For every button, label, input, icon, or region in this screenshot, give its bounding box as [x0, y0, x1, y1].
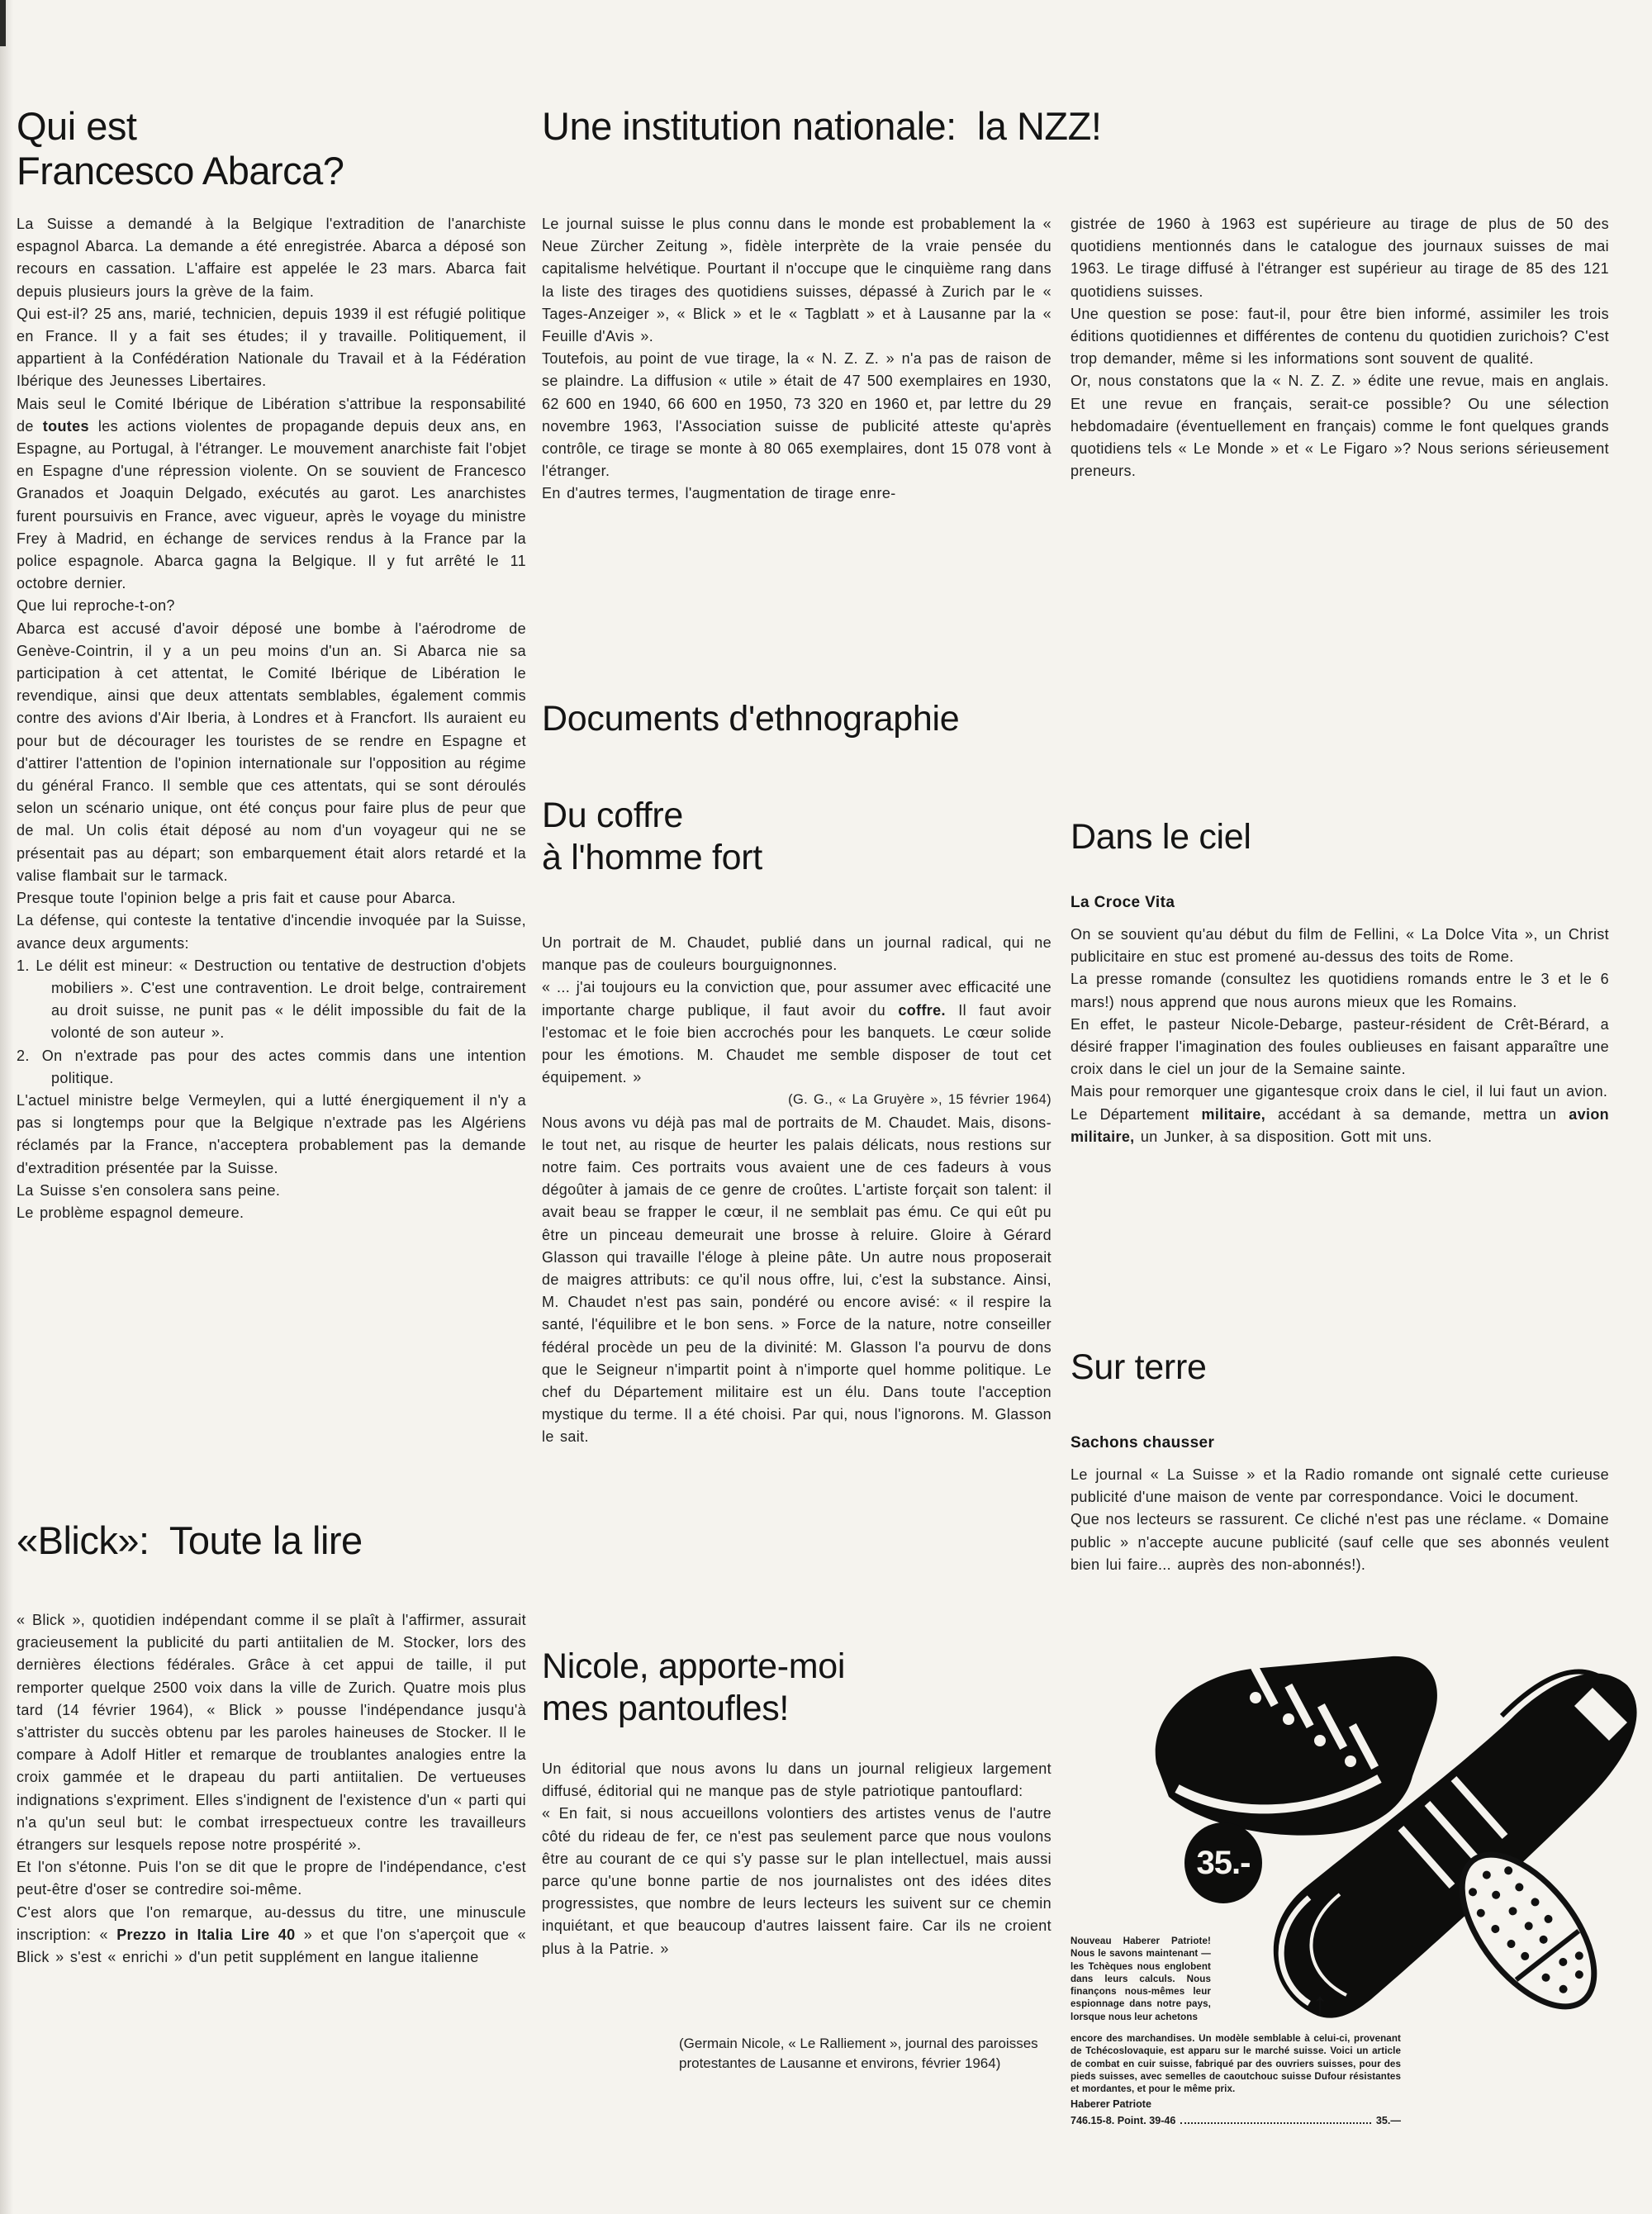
paragraph: « Blick », quotidien indépendant comme i…: [17, 1609, 526, 1856]
article-body-blick: « Blick », quotidien indépendant comme i…: [17, 1609, 526, 1969]
article-body-abarca: La Suisse a demandé à la Belgique l'extr…: [17, 213, 526, 1224]
paragraph: Presque toute l'opinion belge a pris fai…: [17, 887, 526, 910]
dot-leader: [1180, 2122, 1370, 2124]
title-line: Francesco Abarca?: [17, 149, 344, 192]
paragraph: Que lui reproche-t-on?: [17, 595, 526, 617]
paragraph: « En fait, si nous accueillons volontier…: [542, 1803, 1051, 1960]
paragraph: La presse romande (consultez les quotidi…: [1070, 968, 1609, 1013]
article-body-ciel: On se souvient qu'au début du film de Fe…: [1070, 924, 1609, 1148]
article-title-terre: Sur terre: [1070, 1347, 1609, 1389]
paragraph: En effet, le pasteur Nicole-Debarge, pas…: [1070, 1014, 1609, 1081]
paragraph: Or, nous constatons que la « N. Z. Z. » …: [1070, 370, 1609, 482]
list-item: 1. Le délit est mineur: « Destruction ou…: [17, 955, 526, 1045]
paragraph: Un éditorial que nous avons lu dans un j…: [542, 1758, 1051, 1803]
paragraph: « ... j'ai toujours eu la conviction que…: [542, 976, 1051, 1089]
article-body-nicole: Un éditorial que nous avons lu dans un j…: [542, 1758, 1051, 1960]
paragraph: Le journal suisse le plus connu dans le …: [542, 213, 1051, 348]
title-line: Du coffre: [542, 796, 683, 835]
article-title-ciel: Dans le ciel: [1070, 816, 1609, 858]
ad-caption-narrow: Nouveau Haberer Patriote! Nous le savons…: [1070, 1935, 1211, 2023]
article-title-blick: «Blick»: Toute la lire: [17, 1518, 526, 1563]
paragraph: Qui est-il? 25 ans, marié, technicien, d…: [17, 303, 526, 393]
section-title-ethnographie: Documents d'ethnographie: [542, 698, 1285, 740]
article-body-nzz-col1: Le journal suisse le plus connu dans le …: [542, 213, 1051, 506]
attribution: (Germain Nicole, « Le Ralliement », jour…: [679, 2034, 1052, 2074]
registration-mark: [0, 0, 6, 46]
title-line: Qui est: [17, 104, 136, 148]
paragraph: L'actuel ministre belge Vermeylen, qui a…: [17, 1090, 526, 1180]
paragraph: En d'autres termes, l'augmentation de ti…: [542, 482, 1051, 505]
paragraph: La défense, qui conteste la tentative d'…: [17, 910, 526, 954]
paragraph: Le journal « La Suisse » et la Radio rom…: [1070, 1464, 1609, 1508]
article-body-terre: Le journal « La Suisse » et la Radio rom…: [1070, 1464, 1609, 1576]
ad-price-row: 746.15-8. Point. 39-46 35.—: [1070, 2115, 1401, 2126]
paragraph: Mais seul le Comité Ibérique de Libérati…: [17, 393, 526, 596]
paragraph: Que nos lecteurs se rassurent. Ce cliché…: [1070, 1508, 1609, 1576]
list-item: 2. On n'extrade pas pour des actes commi…: [17, 1045, 526, 1090]
paragraph: C'est alors que l'on remarque, au-dessus…: [17, 1902, 526, 1969]
page-left-edge: [0, 0, 13, 2214]
article-title-coffre: Du coffreà l'homme fort: [542, 795, 1051, 879]
ad-caption-wide: encore des marchandises. Un modèle sembl…: [1070, 2032, 1401, 2095]
paragraph: gistrée de 1960 à 1963 est supérieure au…: [1070, 213, 1609, 303]
paragraph: On se souvient qu'au début du film de Fe…: [1070, 924, 1609, 968]
title-line: à l'homme fort: [542, 838, 762, 877]
ad-arrow-icon: ↑: [1312, 1988, 1328, 2021]
article-title-abarca: Qui estFrancesco Abarca?: [17, 104, 512, 193]
paragraph: Un portrait de M. Chaudet, publié dans u…: [542, 932, 1051, 976]
paragraph: Le problème espagnol demeure.: [17, 1202, 526, 1224]
paragraph: Toutefois, au point de vue tirage, la « …: [542, 348, 1051, 482]
paragraph: La Suisse a demandé à la Belgique l'extr…: [17, 213, 526, 303]
paragraph: Une question se pose: faut-il, pour être…: [1070, 303, 1609, 371]
title-line: mes pantoufles!: [542, 1689, 789, 1728]
ad-product-name: Haberer Patriote: [1070, 2098, 1401, 2110]
article-body-coffre: Un portrait de M. Chaudet, publié dans u…: [542, 932, 1051, 1449]
magazine-page: Qui estFrancesco Abarca? La Suisse a dem…: [0, 0, 1652, 2214]
paragraph: Et l'on s'étonne. Puis l'on se dit que l…: [17, 1856, 526, 1901]
article-subhead-croce-vita: La Croce Vita: [1070, 894, 1175, 912]
ad-product-ref: 746.15-8. Point. 39-46: [1070, 2115, 1175, 2126]
paragraph: Nous avons vu déjà pas mal de portraits …: [542, 1112, 1051, 1449]
article-subhead-sachons-chausser: Sachons chausser: [1070, 1434, 1214, 1452]
paragraph: La Suisse s'en consolera sans peine.: [17, 1180, 526, 1202]
article-body-nzz-col2: gistrée de 1960 à 1963 est supérieure au…: [1070, 213, 1609, 482]
ad-price-badge: 35.-: [1184, 1822, 1262, 1903]
paragraph: Le Département militaire, accédant à sa …: [1070, 1104, 1609, 1148]
attribution: (G. G., « La Gruyère », 15 février 1964): [542, 1089, 1051, 1111]
paragraph: Mais pour remorquer une gigantesque croi…: [1070, 1081, 1609, 1103]
article-title-nicole: Nicole, apporte-moimes pantoufles!: [542, 1646, 1051, 1730]
title-line: Nicole, apporte-moi: [542, 1646, 845, 1686]
paragraph: Abarca est accusé d'avoir déposé une bom…: [17, 618, 526, 887]
article-title-nzz: Une institution nationale: la NZZ!: [542, 104, 1450, 149]
ad-price: 35.—: [1376, 2115, 1401, 2126]
